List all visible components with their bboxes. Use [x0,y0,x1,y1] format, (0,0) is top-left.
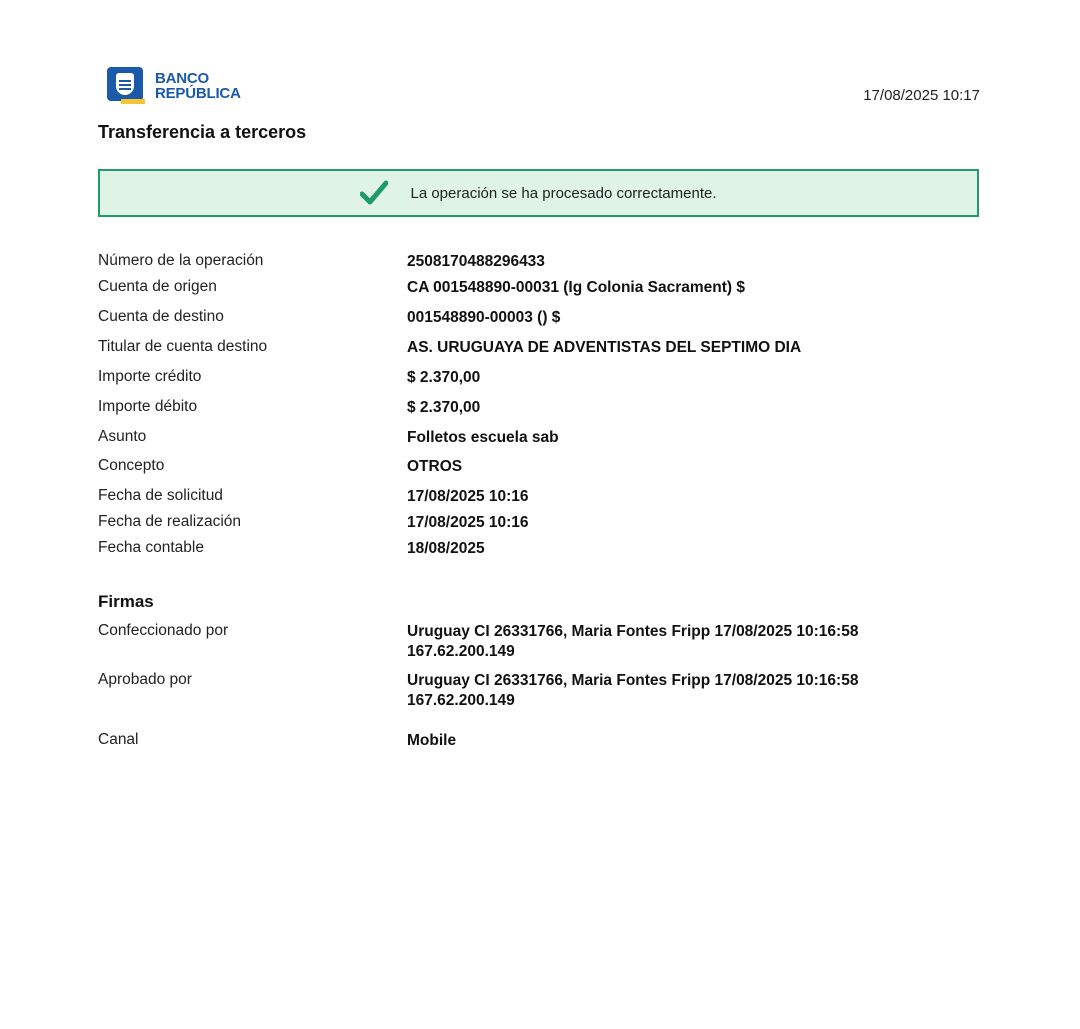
detail-value: CA 001548890-00031 (Ig Colonia Sacrament… [407,278,947,298]
firmas-heading: Firmas [98,592,154,612]
detail-label: Fecha contable [98,539,204,557]
detail-label: Número de la operación [98,252,263,270]
detail-label: Cuenta de origen [98,278,217,296]
detail-label: Fecha de solicitud [98,487,223,505]
bank-name-line2: REPÚBLICA [155,86,241,101]
detail-value: 17/08/2025 10:16 [407,487,947,507]
bank-logo: BANCO REPÚBLICA [107,67,241,105]
bank-name: BANCO REPÚBLICA [155,71,241,101]
firma-value-line1: Mobile [407,731,947,751]
alert-message: La operación se ha procesado correctamen… [410,185,716,202]
detail-value: 2508170488296433 [407,252,947,272]
firma-value: Uruguay CI 26331766, Maria Fontes Fripp … [407,671,947,711]
detail-value: OTROS [407,457,947,477]
detail-label: Cuenta de destino [98,308,224,326]
firma-value-line1: Uruguay CI 26331766, Maria Fontes Fripp … [407,671,947,691]
firma-label: Canal [98,731,139,749]
detail-value: AS. URUGUAYA DE ADVENTISTAS DEL SEPTIMO … [407,338,947,358]
firma-value-line1: Uruguay CI 26331766, Maria Fontes Fripp … [407,622,947,642]
detail-label: Titular de cuenta destino [98,338,267,356]
check-icon [360,180,388,206]
detail-label: Importe débito [98,398,197,416]
bank-name-line1: BANCO [155,71,241,86]
detail-label: Concepto [98,457,164,475]
detail-label: Importe crédito [98,368,201,386]
firma-label: Aprobado por [98,671,192,689]
firma-value-line2: 167.62.200.149 [407,642,947,662]
detail-value: $ 2.370,00 [407,398,947,418]
header-datetime: 17/08/2025 10:17 [863,87,980,104]
detail-value: Folletos escuela sab [407,428,947,448]
banco-republica-logo-icon [107,67,145,105]
detail-value: 18/08/2025 [407,539,947,559]
detail-label: Asunto [98,428,146,446]
detail-label: Fecha de realización [98,513,241,531]
firma-value: Mobile [407,731,947,751]
page-title: Transferencia a terceros [98,122,306,143]
success-alert: La operación se ha procesado correctamen… [98,169,979,217]
detail-value: $ 2.370,00 [407,368,947,388]
firma-label: Confeccionado por [98,622,228,640]
firma-value-line2: 167.62.200.149 [407,691,947,711]
firma-value: Uruguay CI 26331766, Maria Fontes Fripp … [407,622,947,662]
detail-value: 17/08/2025 10:16 [407,513,947,533]
detail-value: 001548890-00003 () $ [407,308,947,328]
